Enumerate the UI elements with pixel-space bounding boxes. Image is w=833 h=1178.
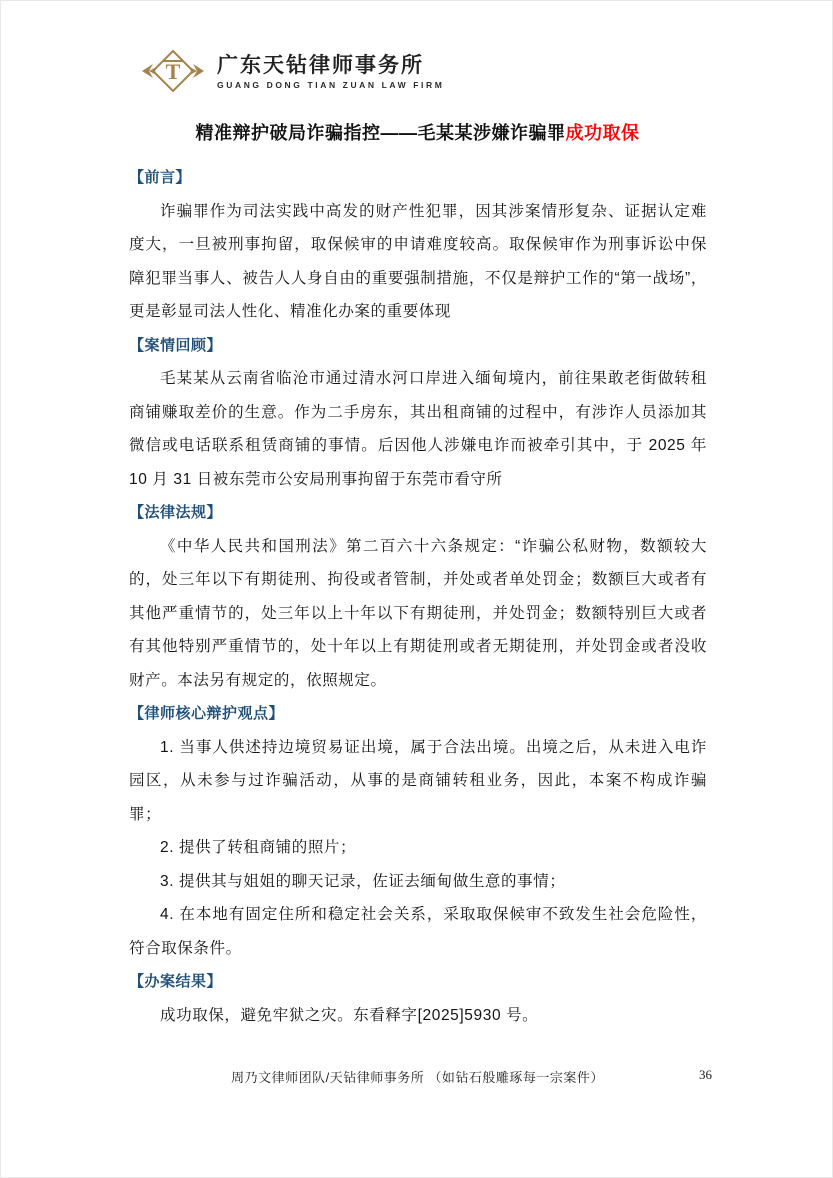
paragraph: 诈骗罪作为司法实践中高发的财产性犯罪，因其涉案情形复杂、证据认定难度大，一旦被刑… (129, 195, 707, 329)
firm-name-en: GUANG DONG TIAN ZUAN LAW FIRM (217, 80, 444, 90)
title-highlight: 成功取保 (566, 123, 640, 143)
section-defense-points: 【律师核心辩护观点】 1. 当事人供述持边境贸易证出境，属于合法出境。出境之后，… (129, 697, 707, 965)
page-number: 36 (699, 1067, 712, 1083)
section-heading-case-review: 【案情回顾】 (129, 329, 707, 363)
paragraph: 成功取保，避免牢狱之灾。东看释字[2025]5930 号。 (129, 999, 707, 1033)
svg-text:T: T (166, 59, 181, 84)
section-heading-preface: 【前言】 (129, 161, 707, 195)
section-case-review: 【案情回顾】 毛某某从云南省临沧市通过清水河口岸进入缅甸境内，前往果敢老街做转租… (129, 329, 707, 497)
diamond-T-logo-icon: T (141, 47, 205, 95)
section-laws: 【法律法规】 《中华人民共和国刑法》第二百六十六条规定：“诈骗公私财物，数额较大… (129, 496, 707, 697)
firm-logo: T 广东天钻律师事务所 GUANG DONG TIAN ZUAN LAW FIR… (141, 47, 444, 95)
section-heading-defense-points: 【律师核心辩护观点】 (129, 697, 707, 731)
section-heading-result: 【办案结果】 (129, 965, 707, 999)
paragraph: 《中华人民共和国刑法》第二百六十六条规定：“诈骗公私财物，数额较大的，处三年以下… (129, 530, 707, 698)
section-preface: 【前言】 诈骗罪作为司法实践中高发的财产性犯罪，因其涉案情形复杂、证据认定难度大… (129, 161, 707, 329)
firm-name-cn: 广东天钻律师事务所 (217, 52, 444, 78)
list-item-4: 4. 在本地有固定住所和稳定社会关系，采取取保候审不致发生社会危险性，符合取保条… (129, 898, 707, 965)
document-page: { "header": { "logo": { "icon": "diamond… (0, 0, 833, 1178)
list-item-3: 3. 提供其与姐姐的聊天记录，佐证去缅甸做生意的事情； (129, 865, 707, 899)
list-item-2: 2. 提供了转租商铺的照片； (129, 831, 707, 865)
section-heading-laws: 【法律法规】 (129, 496, 707, 530)
page-title: 精准辩护破局诈骗指控——毛某某涉嫌诈骗罪成功取保 (1, 119, 833, 145)
list-item-1: 1. 当事人供述持边境贸易证出境，属于合法出境。出境之后，从未进入电诈园区，从未… (129, 731, 707, 832)
paragraph: 毛某某从云南省临沧市通过清水河口岸进入缅甸境内，前往果敢老街做转租商铺赚取差价的… (129, 362, 707, 496)
section-result: 【办案结果】 成功取保，避免牢狱之灾。东看释字[2025]5930 号。 (129, 965, 707, 1032)
title-main: 精准辩护破局诈骗指控——毛某某涉嫌诈骗罪 (196, 123, 566, 143)
document-body: 【前言】 诈骗罪作为司法实践中高发的财产性犯罪，因其涉案情形复杂、证据认定难度大… (129, 161, 707, 1032)
page-footer: 周乃文律师团队/天钻律师事务所 （如钻石般雕琢每一宗案件） 36 (1, 1067, 833, 1091)
